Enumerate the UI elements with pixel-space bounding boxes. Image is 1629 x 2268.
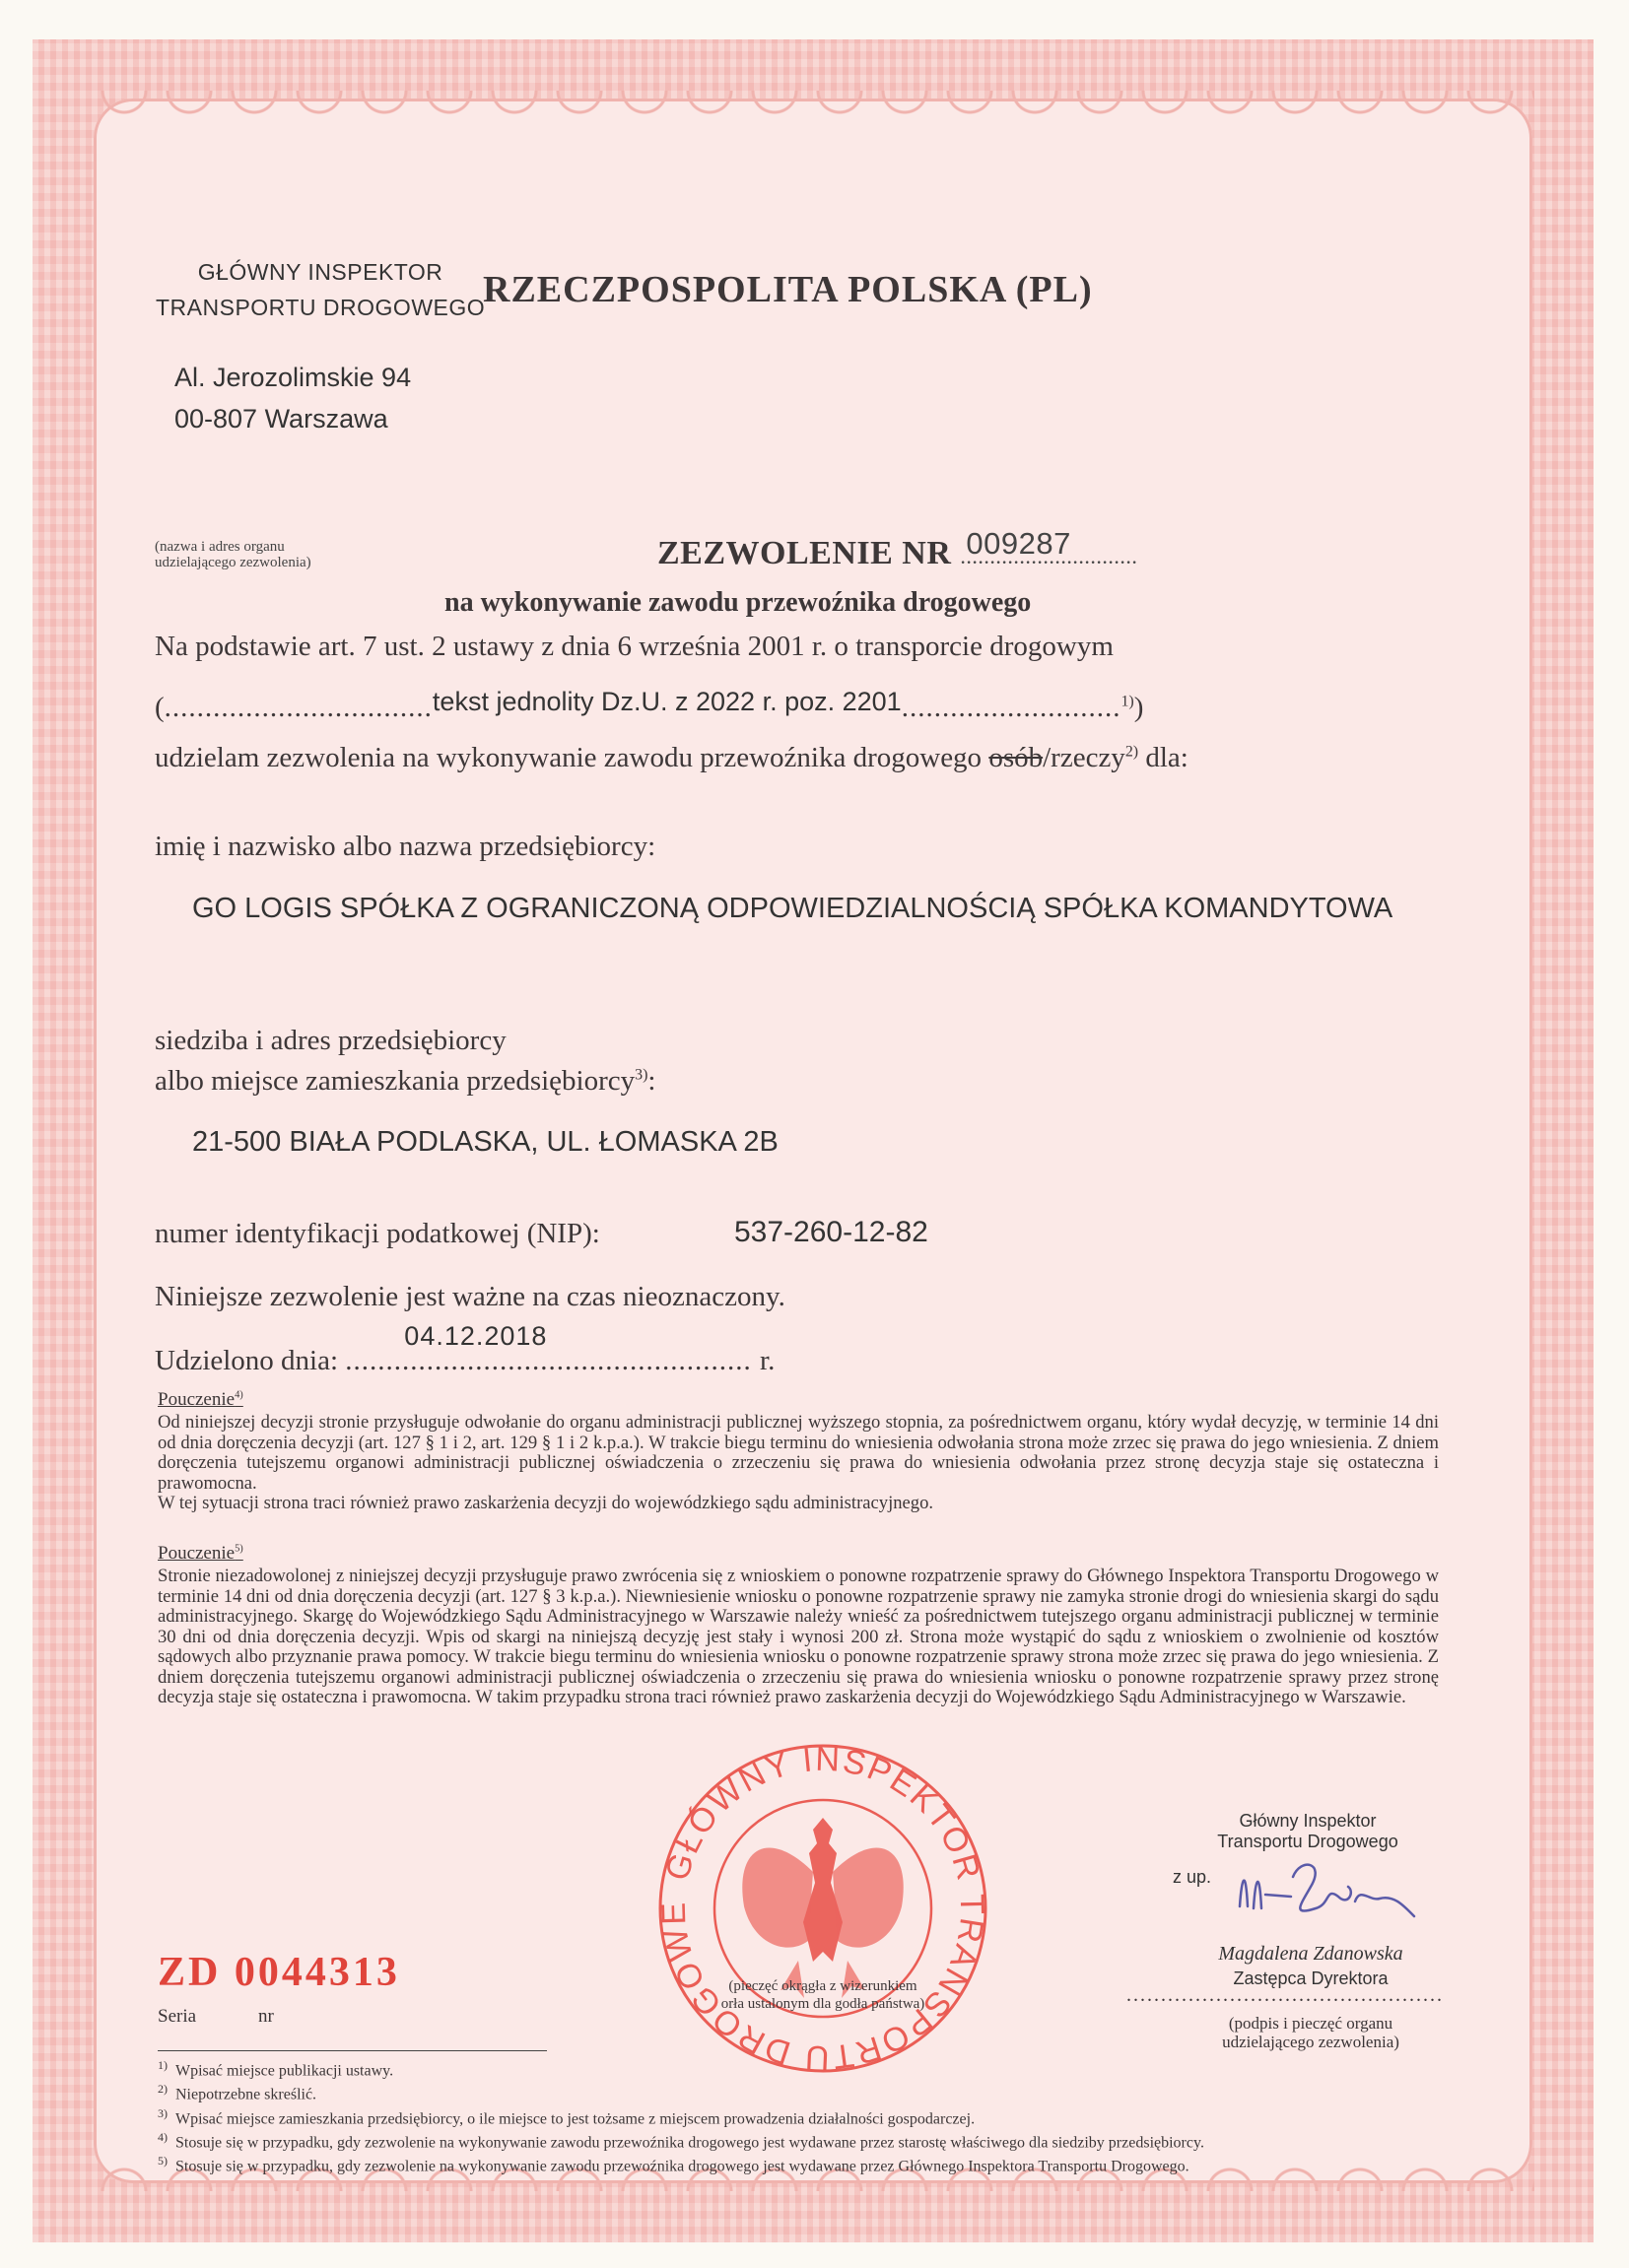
legal-basis: Na podstawie art. 7 ust. 2 ustawy z dnia… — [155, 631, 1114, 663]
permit-number: 009287 — [966, 526, 1070, 562]
svg-text:(pieczęć okrągła z wizerunkiem: (pieczęć okrągła z wizerunkiem — [728, 1978, 916, 1994]
scalloped-frame-top — [92, 91, 1534, 114]
seat-label-line-2: albo miejsce zamieszkania przedsiębiorcy… — [155, 1065, 655, 1098]
seat-label-line-1: siedziba i adres przedsiębiorcy — [155, 1025, 507, 1057]
handwritten-signature — [1232, 1847, 1439, 1926]
struck-option: osób — [988, 742, 1043, 773]
footnote-divider — [158, 2050, 547, 2051]
agency-address-line-2: 00-807 Warszawa — [174, 404, 388, 434]
footnote-5: 5)Stosuje się w przypadku, gdy zezwoleni… — [158, 2152, 1204, 2175]
document-serial-number: ZD 0044313 — [158, 1949, 400, 1996]
country-title: RZECZPOSPOLITA POLSKA (PL) — [483, 268, 1093, 311]
footnotes: 1)Wpisać miejsce publikacji ustawy. 2)Ni… — [158, 2056, 1204, 2176]
footnote-4: 4)Stosuje się w przypadku, gdy zezwoleni… — [158, 2128, 1204, 2152]
instruction-1-text: Od niniejszej decyzji stronie przysługuj… — [158, 1413, 1439, 1514]
instruction-2-text: Stronie niezadowolonej z niniejszej decy… — [158, 1567, 1439, 1708]
footnote-1: 1)Wpisać miejsce publikacji ustawy. — [158, 2056, 1204, 2080]
entrepreneur-name-label: imię i nazwisko albo nazwa przedsiębiorc… — [155, 831, 655, 863]
issuing-agency: GŁÓWNY INSPEKTOR TRANSPORTU DROGOWEGO — [156, 254, 485, 325]
svg-text:orła ustalonym dla godła państ: orła ustalonym dla godła państwa) — [721, 1996, 925, 2012]
agency-caption: (nazwa i adres organu udzielającego zezw… — [155, 539, 311, 570]
eagle-emblem-icon — [742, 1818, 903, 1998]
grant-line: udzielam zezwolenia na wykonywanie zawod… — [155, 742, 1188, 774]
entrepreneur-name: GO LOGIS SPÓŁKA Z OGRANICZONĄ ODPOWIEDZI… — [192, 893, 1392, 925]
issued-date: 04.12.2018 — [404, 1321, 547, 1352]
footnote-2: 2)Niepotrzebne skreślić. — [158, 2080, 1204, 2103]
signature-caption: (podpis i pieczęć organu udzielającego z… — [1183, 2014, 1439, 2051]
official-round-stamp: GŁÓWNY INSPEKTOR TRANSPORTU DROGOWEGO (p… — [650, 1739, 995, 2079]
publication-line: (.................................tekst … — [155, 692, 1143, 724]
signature-proxy: z up. — [1173, 1867, 1211, 1888]
agency-line-1: GŁÓWNY INSPEKTOR — [156, 254, 485, 290]
issued-line: Udzielono dnia: ........................… — [155, 1345, 775, 1377]
signature-office: Główny Inspektor Transportu Drogowego — [1204, 1811, 1411, 1852]
permit-subtitle: na wykonywanie zawodu przewoźnika drogow… — [444, 587, 1031, 619]
instruction-1-label: Pouczenie4) — [158, 1389, 243, 1411]
nip-value: 537-260-12-82 — [734, 1216, 928, 1249]
instruction-2-label: Pouczenie5) — [158, 1543, 243, 1565]
agency-address-line-1: Al. Jerozolimskie 94 — [174, 363, 411, 393]
footnote-3: 3)Wpisać miejsce zamieszkania przedsiębi… — [158, 2104, 1204, 2128]
entrepreneur-address: 21-500 BIAŁA PODLASKA, UL. ŁOMASKA 2B — [192, 1126, 779, 1159]
permit-title: ZEZWOLENIE NR ..........................… — [657, 534, 1137, 572]
nip-label: numer identyfikacji podatkowej (NIP): — [155, 1218, 600, 1250]
signatory-name: Magdalena Zdanowska — [1192, 1943, 1429, 1966]
series-label: Seria — [158, 2006, 196, 2028]
validity-text: Niniejsze zezwolenie jest ważne na czas … — [155, 1281, 785, 1313]
agency-line-2: TRANSPORTU DROGOWEGO — [156, 290, 485, 325]
publication-reference: tekst jednolity Dz.U. z 2022 r. poz. 220… — [433, 687, 902, 716]
number-label: nr — [258, 2006, 274, 2028]
signature-dots: ........................................… — [1126, 1984, 1444, 2007]
